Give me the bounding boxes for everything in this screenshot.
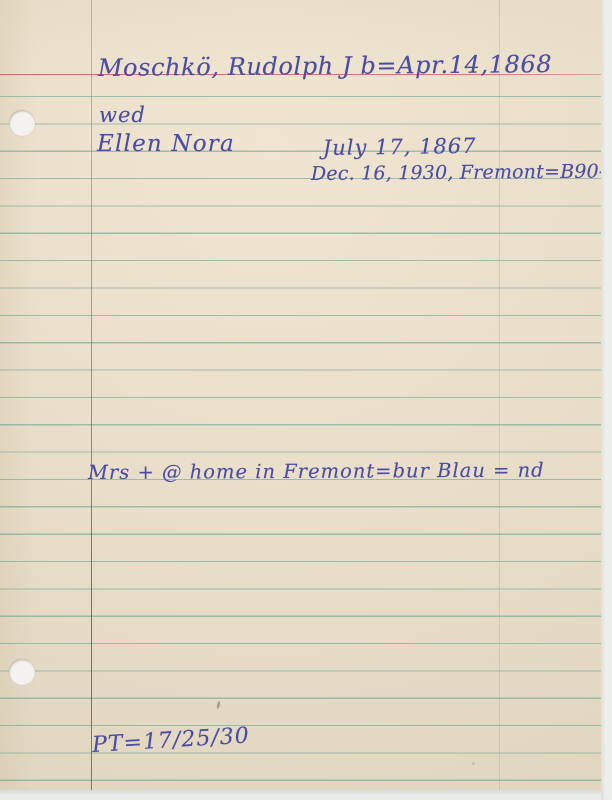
scanner-edge-right (601, 0, 612, 800)
handwritten-note-line: Mrs + @ home in Fremont=bur Blau = nd (88, 459, 545, 484)
red-right-margin-line (499, 0, 500, 790)
scanned-page: Moschkö, Rudolph J b=Apr.14,1868 wed Ell… (0, 0, 612, 800)
hole-punch-top (9, 110, 35, 136)
handwritten-spouse-birth: July 17, 1867 (323, 134, 477, 160)
scanner-edge-bottom (0, 790, 601, 800)
handwritten-spouse-name: Ellen Nora (97, 131, 235, 157)
handwritten-name-and-birth: Moschkö, Rudolph J b=Apr.14,1868 (98, 50, 553, 82)
red-left-margin-line (91, 0, 92, 790)
handwritten-wed-label: wed (99, 103, 146, 127)
handwritten-spouse-death: Dec. 16, 1930, Fremont=B90-1 (311, 160, 612, 185)
notebook-paper: Moschkö, Rudolph J b=Apr.14,1868 wed Ell… (0, 0, 601, 790)
hole-punch-bottom (9, 659, 35, 685)
paper-speck (472, 762, 475, 765)
